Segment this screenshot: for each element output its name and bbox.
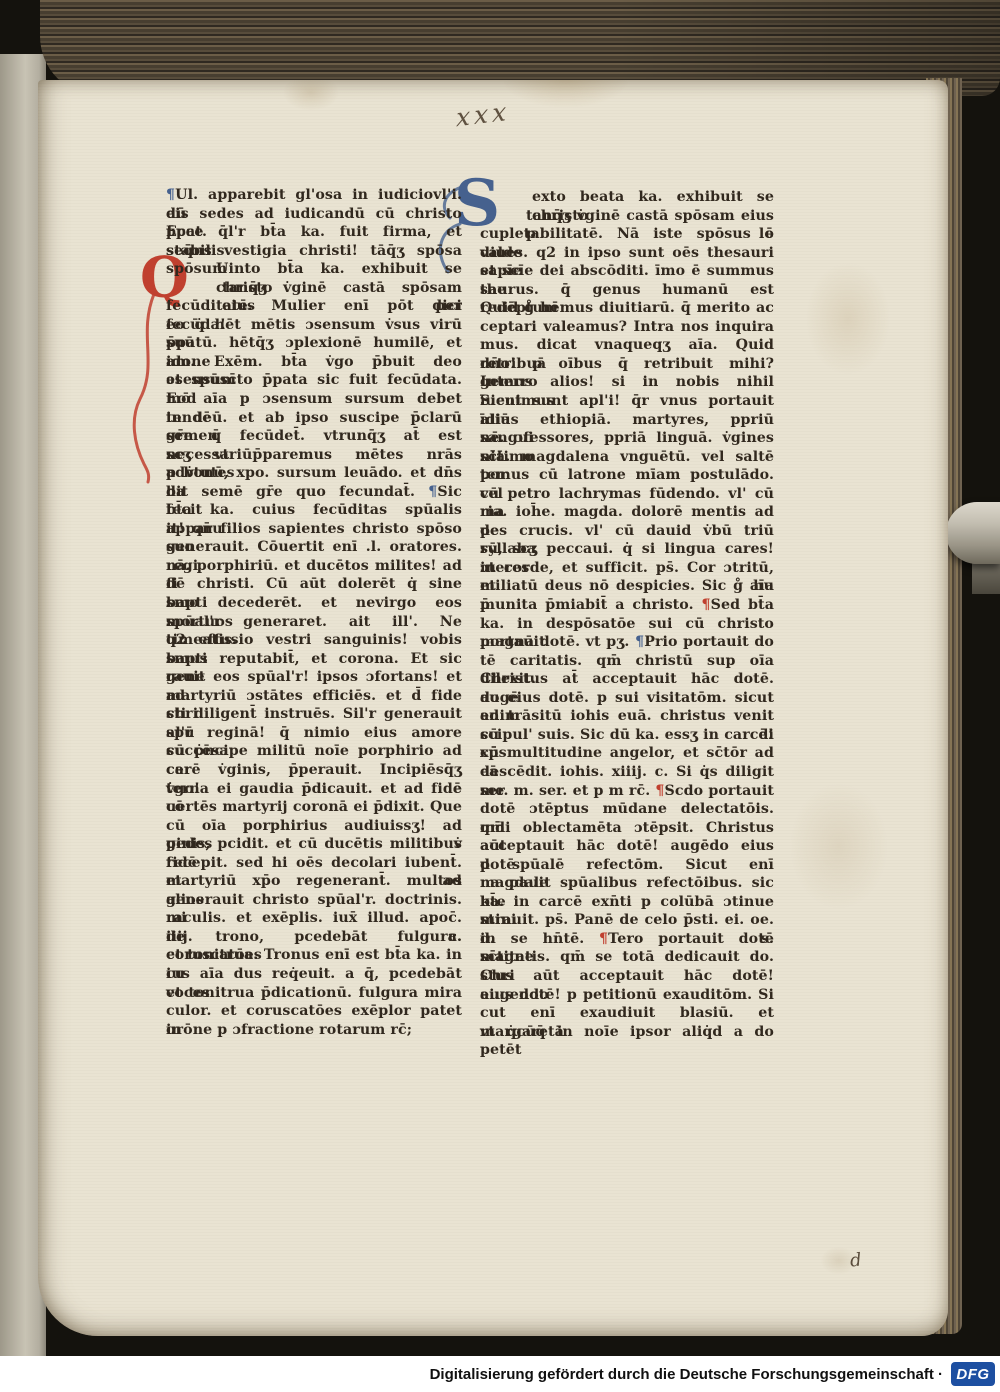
- text-line: p spūalē refectōm. Sicut enī magdale: [480, 856, 774, 875]
- text-line: in corde, et sufficit. ps̄. Cor ɔtritū, …: [480, 559, 774, 578]
- text-line: Ecce q̄l'r bt̄a ka. fuit firma, et stabi…: [166, 223, 462, 242]
- text-line: al'r reginā! q̄ nimio eius amore succēsa: [166, 724, 462, 743]
- text-line: mdi oblectamēta ɔtēpsit. Christus aūt: [480, 819, 774, 838]
- text-line: cū multitudine angelor, et sc̄tōr ad eā: [480, 744, 774, 763]
- text-line: eius dotē! p petitionū exauditōm. Si: [480, 986, 774, 1005]
- text-line: martyriū xp̄o regenerant̄. multos alios: [166, 872, 462, 891]
- text-line: scʒ vt p̄paremus mētes nrās adv̇tutes: [166, 446, 462, 465]
- pilcrow-red: ¶: [655, 783, 664, 799]
- text-line: descēdit. iohis. xiiij. c. Si q̇s diligi…: [480, 763, 774, 782]
- text-line: orōne p ɔfractione rotarum rc̄;: [166, 1021, 462, 1040]
- text-line: niā. magdalena vnguētū. vel saltē por: [480, 448, 774, 467]
- text-line: vt q̇cūq̄ in noīe ipsor aliq̇d a do petē…: [480, 1023, 774, 1042]
- text-line: tanq̄ʒ v̇ginē castā spōsam eius p lo: [480, 207, 774, 226]
- text-line: fecūditatē. Mulier enī pōt dici fecūda!: [166, 297, 462, 316]
- text-line: spūal'r generaret. ait ill'. Ne timeatis…: [166, 613, 462, 632]
- pilcrow-red: ¶: [702, 597, 711, 613]
- red-initial-tail-flourish: [124, 294, 164, 484]
- text-line: ginis, pcidit. et cū ducētis militibus f…: [166, 835, 462, 854]
- folio-number: xxx: [456, 97, 510, 133]
- text-line: recepit. sed hi oēs decolari iubent̄. et…: [166, 854, 462, 873]
- text-line: cut enī exaudiuit blasiū. et margaretā: [480, 1004, 774, 1023]
- text-line: dn̄o! p oībus q̄ retribuit mihi? Interro: [480, 355, 774, 374]
- text-line: mō aīa p ɔsensum sursum debet tendē: [166, 390, 462, 409]
- book-clasp: [946, 502, 1000, 564]
- text-line: cū oīa porphirius audiuissʒ! ad pedes v̇: [166, 817, 462, 836]
- text-line: des crucis. vl' cū dauid v̇bū triū sylla…: [480, 522, 774, 541]
- text-column-right: exto beata ka. exhibuit se christotanq̄ʒ…: [480, 188, 774, 1041]
- text-line: mus. dicat vnaqueqʒ aīa. Quid retribuā: [480, 336, 774, 355]
- text-line: sti diligent̄ instruēs. Sil'r generauit …: [166, 705, 462, 724]
- text-line: p̄patū. hētq̄ʒ ɔplexionē humilē, et idon…: [166, 334, 462, 353]
- text-line: ad trāsitū iohis euā. christus venit cū …: [480, 707, 774, 726]
- text-line: tanq̄ʒ v̇ginē castā spōsam eius per: [166, 279, 462, 298]
- text-line: do eius dotē. p sui visitatōm. sicut eni…: [480, 689, 774, 708]
- text-line: rauit eos spūal'r! ipsos ɔfortans! et ad: [166, 668, 462, 687]
- text-line: ius aīa dus req̇euit. a q̄, pcedebāt voc…: [166, 965, 462, 984]
- text-line: eo q̇ hēt mētis ɔsensum v̇sus virū suū: [166, 316, 462, 335]
- text-line: cupletabilitatē. Nā iste spōsus ē valde: [480, 225, 774, 244]
- pilcrow-red: ¶: [599, 931, 608, 947]
- manuscript-page: xxx Q S ¶Ul. apparebit gl'osa in iudicio…: [38, 80, 948, 1336]
- text-line: ceptari valeamus? Intra nos inquira: [480, 318, 774, 337]
- text-line: bt̄a ka. cuius fecūditas spūalis apparu: [166, 501, 462, 520]
- text-line: uertēs martyrij coronā ei p̄dixit. Que: [166, 798, 462, 817]
- text-line: diues. q2 in ipso sunt oēs thesauri sapī…: [480, 244, 774, 263]
- text-line: temus cū latrone mīam postulādo. vel: [480, 466, 774, 485]
- text-line: saurus. q̄ genus humanū est redēptum: [480, 281, 774, 300]
- quire-mark: d: [849, 1249, 863, 1271]
- text-column-left: ¶Ul. apparebit gl'osa in iudiciovl'i. dū…: [166, 186, 462, 1039]
- text-line: gr̄e q̄ fecūdet̄. vtrunq̄ʒ at̄ est neces…: [166, 427, 462, 446]
- text-line: et tonitrua p̄dicationū. fulgura mira: [166, 984, 462, 1003]
- text-line: ria. ioh̄e. magda. dolorē mentis ad pe: [480, 503, 774, 522]
- text-line: et scīe dei abscōditi. īmo ē summus the: [480, 262, 774, 281]
- pilcrow-blue: ¶: [428, 484, 437, 500]
- text-line: et spūsc̄to p̄pata sic fuit fecūdata. Eo…: [166, 371, 462, 390]
- footer-bar: Digitalisierung gefördert durch die Deut…: [0, 1356, 1000, 1392]
- text-line: nē. ɔfessores, ppriā linguā. v̇gines sc̄…: [480, 429, 774, 448]
- text-line: alius ethiopiā. martyres, ppriū sangui: [480, 411, 774, 430]
- pilcrow-blue: ¶: [635, 634, 644, 650]
- text-line: ka. in carcē exn̄ti p colūbā ɔtinue mini: [480, 893, 774, 912]
- text-line: scipul' suis. Sic dū ka. essʒ in carcē! …: [480, 726, 774, 745]
- text-line: dotē ɔtēptus mūdane delectatōis. qm̄: [480, 800, 774, 819]
- text-line: cū petro lachrymas fūdendo. vl' cū ma: [480, 485, 774, 504]
- text-line: generauit. Cōuertit enī .l. oratores. re…: [166, 538, 462, 557]
- text-line: rū, scʒ peccaui. q̇ si lingua cares! ɔte…: [480, 540, 774, 559]
- text-line: ¶Ul. apparebit gl'osa in iudiciovl'i. dū: [166, 186, 462, 205]
- text-line: munita p̄miabit̄ a christo. ¶Sed bt̄a: [480, 596, 774, 615]
- text-line: exto beata ka. exhibuit se christo: [480, 188, 774, 207]
- text-line: acceptauit hāc dotē! augēdo eius dotē: [480, 837, 774, 856]
- text-line: de trono, pcedebāt fulgura. coruscatōes: [166, 928, 462, 947]
- text-line: smus reputabit̄, et corona. Et sic gene: [166, 650, 462, 669]
- text-line: generauit christo spūal'r. doctrinis. mi: [166, 891, 462, 910]
- text-line: martyriū ɔstātes efficiēs. et d̄ fide ch…: [166, 687, 462, 706]
- text-line: Christus at̄ acceptauit hāc dotē. augē: [480, 670, 774, 689]
- text-line: cerē v̇ginis, p̄perauit. Incipiēsq̄ʒ v̇g…: [166, 761, 462, 780]
- dfg-logo: DFG: [951, 1362, 995, 1386]
- text-line: smo decederēt. et nevirgo eos mortuos: [166, 594, 462, 613]
- text-line: miliatū deus nō despicies. Sic g̊ aīa p̄: [480, 577, 774, 596]
- text-line: sc̄titatis. qm̄ se totā dedicauit do. Ch…: [480, 948, 774, 967]
- text-line: p bonū, xpo. sursum leuādo. et dn̄s da: [166, 464, 462, 483]
- text-line: it! qn̄ filios sapientes christo spōso s…: [166, 520, 462, 539]
- text-line: ser. m. ser. et p m rc̄. ¶Scdo portauit: [480, 782, 774, 801]
- text-line: cū ṗncipe militū noīe porphirio ad car: [166, 742, 462, 761]
- text-line: dē christi. Cū aūt dolerēt q̇ sine bapti: [166, 575, 462, 594]
- pilcrow-blue: ¶: [166, 187, 175, 203]
- text-line: Sicut sunt apl'i! q̄r vnus portauit īdiā: [480, 392, 774, 411]
- text-line: nā. porphiriū. et ducētos milites! ad fi: [166, 557, 462, 576]
- text-line: terna ei gaudia p̄dicauit. et ad fidē cō: [166, 780, 462, 799]
- text-line: Quid g̊ hēmus diuitiarū. q̄ merito ac: [480, 299, 774, 318]
- footer-credit-text: Digitalisierung gefördert durch die Deut…: [430, 1366, 943, 1383]
- text-line: stus aūt acceptauit hāc dotē! augendo: [480, 967, 774, 986]
- text-line: bit semē gr̄e quo fecundat̄. ¶Sic fecit: [166, 483, 462, 502]
- text-line: culor. et coruscatōes exēplor patet in: [166, 1002, 462, 1021]
- text-line: gemus alios! si in nobis nihil īuenimus: [480, 373, 774, 392]
- text-line: magnā dotē. vt pʒ. ¶Prio portauit do: [480, 633, 774, 652]
- text-line: eis sedes ad iudicandū cū christo p̄pat.: [166, 205, 462, 224]
- text-line: seq̄ns vestigia christi! tāq̄ʒ spōsa spō…: [166, 242, 462, 261]
- text-line: in deū. et ab ipso suscipe p̄clarū semen: [166, 409, 462, 428]
- text-line: et tonitrua. Tronus enī est bt̄a ka. in …: [166, 946, 462, 965]
- text-line: strauit. ps̄. Panē de celo p̄sti. ei. oe…: [480, 911, 774, 930]
- text-line: raculis. et exēplis. iux̄ illud. apoc̄. …: [166, 909, 462, 928]
- text-line: in se hn̄tē. ¶Tero portauit dotē magne: [480, 930, 774, 949]
- text-line: am. Exēm. bt̄a v̇go p̄buit deo ɔsensum: [166, 353, 462, 372]
- text-line: na pauit spūalibus refectōibus. sic bt̄e: [480, 874, 774, 893]
- text-line: q2 effusio vestri sanguinis! vobis bapti: [166, 631, 462, 650]
- text-line: ka. in despōsatōe sui cū christo portaui…: [480, 615, 774, 634]
- text-line: tē caritatis. qm̄ christū sup oīa dilexi…: [480, 652, 774, 671]
